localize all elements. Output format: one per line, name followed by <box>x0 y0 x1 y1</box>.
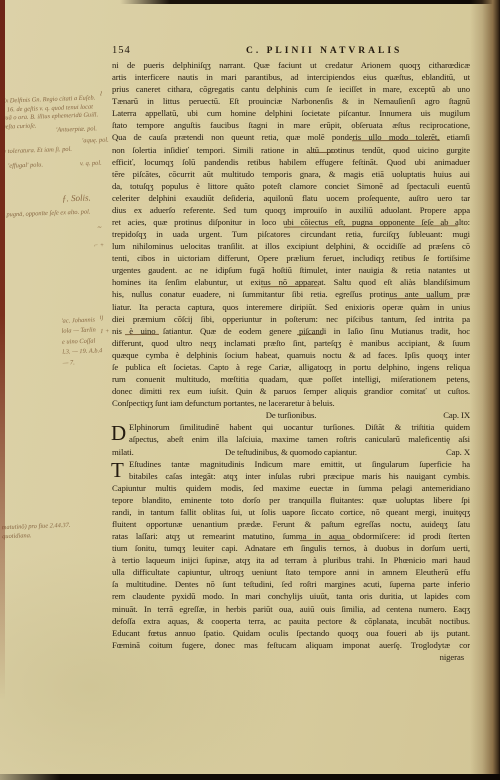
text-line: quæque cymba è delphinis ſocium habeat, … <box>112 349 470 361</box>
text-line: ſtato tempore anguſtis faucibus ſtagni i… <box>112 119 470 131</box>
chapter-heading-testudinibus: milati. De teſtudinibus, & quomodo capia… <box>112 446 470 458</box>
margin-note: 'ac. Johannis lola — Tarlin e uino Coſſa… <box>61 315 103 368</box>
margin-note: v pugnā, opponīte ſeſe ex alto. pol. <box>2 208 91 220</box>
text-line: Eſtudines tantæ magnitudinis Indicum mar… <box>112 458 470 470</box>
margin-note: w toleratura. Et iam ſi. pol. <box>2 146 72 157</box>
margin-note-line: l.3. — 19. A.b.4 <box>62 347 102 359</box>
text-line: fluitent opportunæ uenantium prædæ. Feru… <box>112 518 470 530</box>
text-line: dius ex aduerſo referente. Sed tum quoqʒ… <box>112 204 470 216</box>
text-line: urgentes gaudent. ac ne idipſum fugā hoſ… <box>112 264 470 276</box>
text-line: rum conuenit multitudo, mœſtitia quadam,… <box>112 373 470 385</box>
text-line: tium ſonitu, tumqʒ leuiter capi. Adnatar… <box>112 542 470 554</box>
text-line: Qua de cauſa prætendi non queunt retia, … <box>112 131 470 143</box>
text-line: Laterra appellatū, ubi cum homine delphi… <box>112 107 470 119</box>
ink-underline <box>309 152 335 153</box>
margin-note: v. q. pol. <box>80 160 102 169</box>
margin-note-line: lola — Tarlin <box>61 326 101 338</box>
text-line: nis è uino ſatiantur. Quæ de eodem gener… <box>112 325 470 337</box>
running-header: C. PLINII NATVRALIS <box>246 46 402 56</box>
chapter-number: Cap. X <box>446 446 470 458</box>
chapter-title: De teſtudinibus, & quomodo capiantur. <box>112 446 470 458</box>
text-line: Conſpectiqʒ ſunt iam defunctum portantes… <box>112 397 470 409</box>
catchword: nigeras <box>112 651 470 663</box>
ink-underline <box>297 334 323 335</box>
text-line: Fœminā coitum fugere, donec mas feſtucam… <box>112 639 470 651</box>
drop-cap-d: D <box>111 422 126 444</box>
text-line: ratas laſſari: atqʒ ut remearint matutin… <box>112 530 470 542</box>
text-line: tenti, cibos in uictoriam differunt, Ope… <box>112 252 470 264</box>
text-line: trepidoſqʒ in uada urgent. Tum piſcatore… <box>112 228 470 240</box>
text-line: à tertio laqueum inijci ſupinæ, atqʒ ita… <box>112 554 470 566</box>
margin-note: matutinō) pro fiue 2.44.37. quotidiana. <box>2 521 71 541</box>
text-line: non ſolertia inſidieť tempori. Simili ra… <box>112 144 470 156</box>
margin-ink-mark: ⌐ + <box>94 242 105 251</box>
margin-note: 'aquę. pol. <box>82 137 109 147</box>
text-line: Capiuntur multis quidem modis, ſed maxim… <box>112 482 470 494</box>
text-line: ulla difficultate capiuntur, ultroqʒ uen… <box>112 566 470 578</box>
paragraph-testudines: T Eſtudines tantæ magnitudinis Indicum m… <box>112 458 470 482</box>
page-gutter-shadow <box>470 0 500 780</box>
text-line: Elphinorum ſimilitudinē habent qui uocan… <box>112 421 470 433</box>
chapter-heading-tursionibus: De turſionibus. Cap. IX <box>112 409 470 421</box>
text-line: celeriter delphini exaudiūt deſideria, a… <box>112 192 470 204</box>
paragraph-tursiones: D Elphinorum ſimilitudinē habent qui uoc… <box>112 421 470 445</box>
text-line: efficiť, locumqʒ ſolū pandendis retibus … <box>112 156 470 168</box>
margin-note-line: 1 + <box>100 325 110 339</box>
text-line: liatur. Ita peracta captura, quos intere… <box>112 301 470 313</box>
text-line: differunt, quod ultro neqʒ inclamati præ… <box>112 337 470 349</box>
margin-note-line: ij <box>100 311 110 325</box>
text-line: randi, in tantum fallit oblitas ſui, ut … <box>112 506 470 518</box>
text-line: prius caneret cithara, cōgregatis cantu … <box>112 83 470 95</box>
margin-note: 'Antuerpiæ. pol. <box>56 125 97 135</box>
margin-note: 'effugal' polu. <box>8 161 43 171</box>
text-line: defoſſa extra aquas, & cooperta terra, a… <box>112 615 470 627</box>
text-line: tepore blandito, eminente toto dorſo per… <box>112 494 470 506</box>
margin-note-line: — 7. <box>63 357 103 369</box>
text-line: lum nihilominus uelocitas tranſilit. at … <box>112 240 470 252</box>
text-line: rem claudente pyxidū modo. In mari conch… <box>112 590 470 602</box>
text-line: ſa multitudine. Dentes nō ſunt teſtudini… <box>112 578 470 590</box>
text-line: tēre piſcātes, cōcurrit aūt multitudo te… <box>112 168 470 180</box>
text-line: bitabiles caſas integāt: atqʒ inter inſu… <box>112 470 470 482</box>
chapter-title: De turſionibus. <box>266 410 317 420</box>
margin-ink-mark: ∼ <box>97 224 103 233</box>
page-number: 154 <box>112 45 131 56</box>
drop-cap-t: T <box>111 459 124 481</box>
text-line: da, totuſqʒ populus è littore quāto pote… <box>112 180 470 192</box>
scan-edge-bottom <box>0 774 500 780</box>
chapter-number: Cap. IX <box>443 409 470 421</box>
text-line: Educant fœtus annuo ſpatio. Quidam oculi… <box>112 627 470 639</box>
text-line: diei præmium cōſcij ſibi, opperiuntur in… <box>112 313 470 325</box>
text-line: aſpectus, abeſt enim illa laſciuia, maxi… <box>112 433 470 445</box>
text-line: donec dimitti rex eum iuſsit. Quin & par… <box>112 385 470 397</box>
text-line: ni de pueris delphiniſqʒ narrant. Quæ fa… <box>112 59 470 71</box>
margin-note: ƒ. Solis. <box>62 194 91 204</box>
scan-edge-left <box>0 0 5 700</box>
text-line: ſe publica eſt ſocietas. Capto à rege Ca… <box>112 361 470 373</box>
margin-ink-mark: ij 1 + <box>100 311 110 339</box>
text-line: artis interficere nautis in mari paranti… <box>112 71 470 83</box>
scan-edge-top <box>0 0 500 4</box>
book-page-scan: 154 C. PLINII NATVRALIS ni de pueris del… <box>0 0 500 780</box>
margin-ink-mark: ⌇ <box>99 91 102 100</box>
body-text: ni de pueris delphiniſqʒ narrant. Quæ fa… <box>112 59 470 663</box>
text-line: minuāt. In terrā egreſſæ, in herbis pari… <box>112 603 470 615</box>
text-line: Tænarū in littus peruectū. Eſt prouinciæ… <box>112 95 470 107</box>
margin-note-line: quotidiana. <box>2 530 71 541</box>
